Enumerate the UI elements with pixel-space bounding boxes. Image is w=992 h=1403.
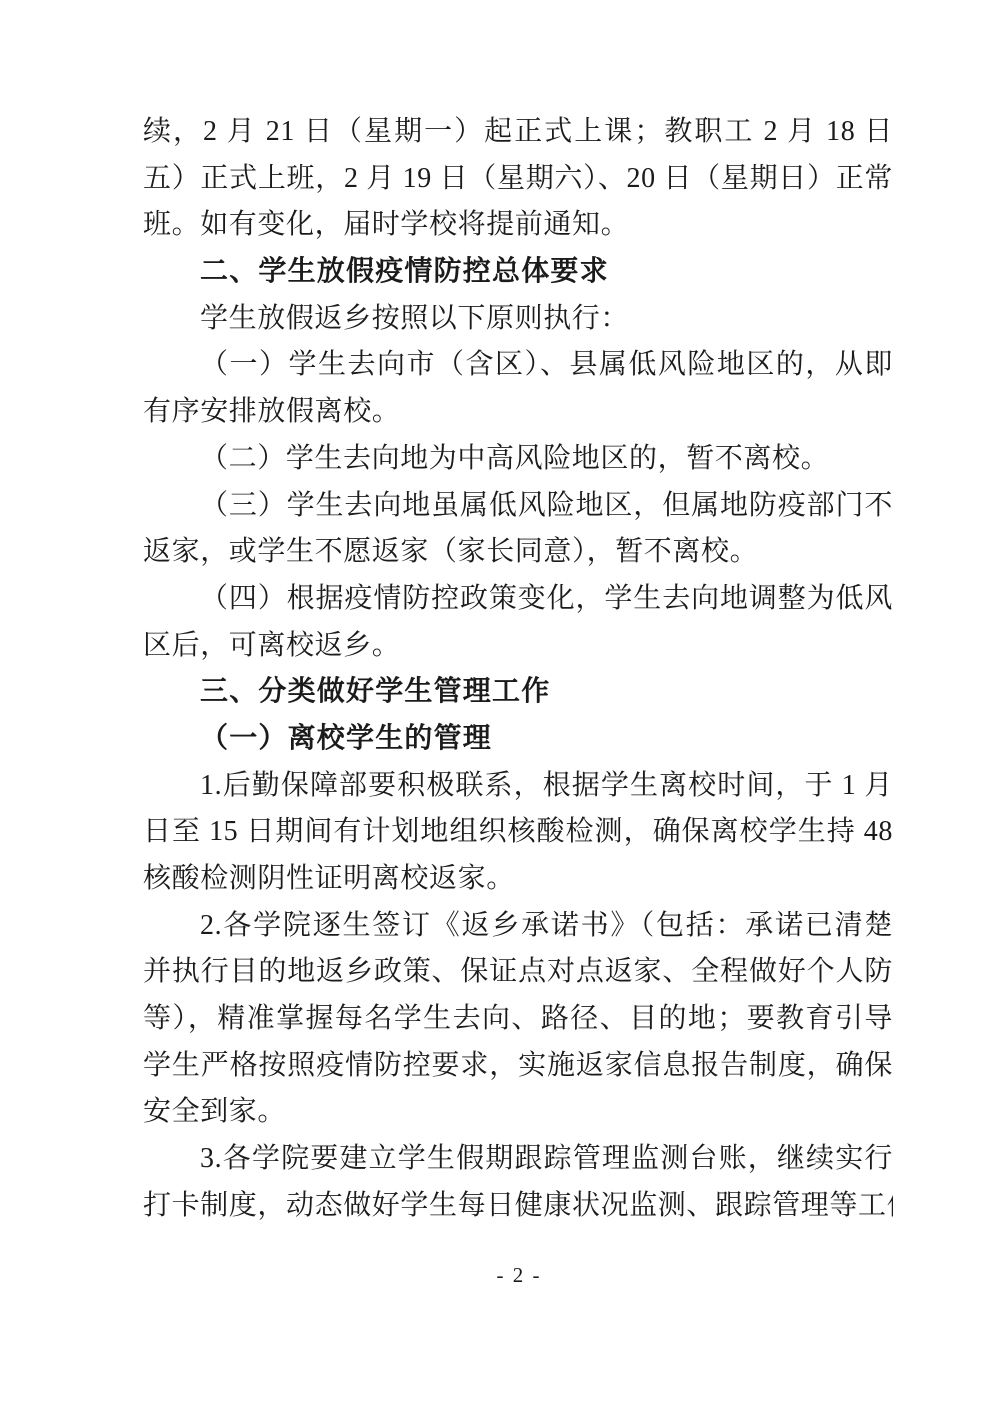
text-line: 并执行目的地返乡政策、保证点对点返家、全程做好个人防护 xyxy=(143,949,893,996)
text-line: （一）学生去向市（含区）、县属低风险地区的，从即日起 xyxy=(143,342,893,389)
text-line: 等），精准掌握每名学生去向、路径、目的地；要教育引导离校 xyxy=(143,996,893,1043)
text-line: 学生放假返乡按照以下原则执行： xyxy=(143,296,893,343)
text-line: 1.后勤保障部要积极联系，根据学生离校时间，于 1 月 11 xyxy=(143,763,893,810)
heading-line: （一）离校学生的管理 xyxy=(143,716,893,763)
text-line: 有序安排放假离校。 xyxy=(143,389,893,436)
text-line: 日至 15 日期间有计划地组织核酸检测，确保离校学生持 48 小时 xyxy=(143,809,893,856)
document-body: 续，2 月 21 日（星期一）起正式上课；教职工 2 月 18 日（星期五）正式… xyxy=(143,109,893,1230)
page-number: - 2 - xyxy=(0,1263,992,1288)
text-line: 2.各学院逐生签订《返乡承诺书》（包括：承诺已清楚了解 xyxy=(143,903,893,950)
text-line: （四）根据疫情防控政策变化，学生去向地调整为低风险地 xyxy=(143,576,893,623)
text-line: 区后，可离校返乡。 xyxy=(143,623,893,670)
document-page: 续，2 月 21 日（星期一）起正式上课；教职工 2 月 18 日（星期五）正式… xyxy=(0,0,992,1403)
text-line: 安全到家。 xyxy=(143,1089,893,1136)
text-line: （三）学生去向地虽属低风险地区，但属地防疫部门不允许 xyxy=(143,483,893,530)
text-line: 学生严格按照疫情防控要求，实施返家信息报告制度，确保学生 xyxy=(143,1043,893,1090)
text-line: 返家，或学生不愿返家（家长同意），暂不离校。 xyxy=(143,529,893,576)
heading-line: 三、分类做好学生管理工作 xyxy=(143,669,893,716)
text-line: 3.各学院要建立学生假期跟踪管理监测台账，继续实行健康 xyxy=(143,1136,893,1183)
text-line: 续，2 月 21 日（星期一）起正式上课；教职工 2 月 18 日（星期 xyxy=(143,109,893,156)
text-line: （二）学生去向地为中高风险地区的，暂不离校。 xyxy=(143,436,893,483)
text-line: 班。如有变化，届时学校将提前通知。 xyxy=(143,202,893,249)
text-line: 打卡制度，动态做好学生每日健康状况监测、跟踪管理等工作。 xyxy=(143,1183,893,1230)
text-line: 核酸检测阴性证明离校返家。 xyxy=(143,856,893,903)
heading-line: 二、学生放假疫情防控总体要求 xyxy=(143,249,893,296)
text-line: 五）正式上班，2 月 19 日（星期六）、20 日（星期日）正常上 xyxy=(143,156,893,203)
